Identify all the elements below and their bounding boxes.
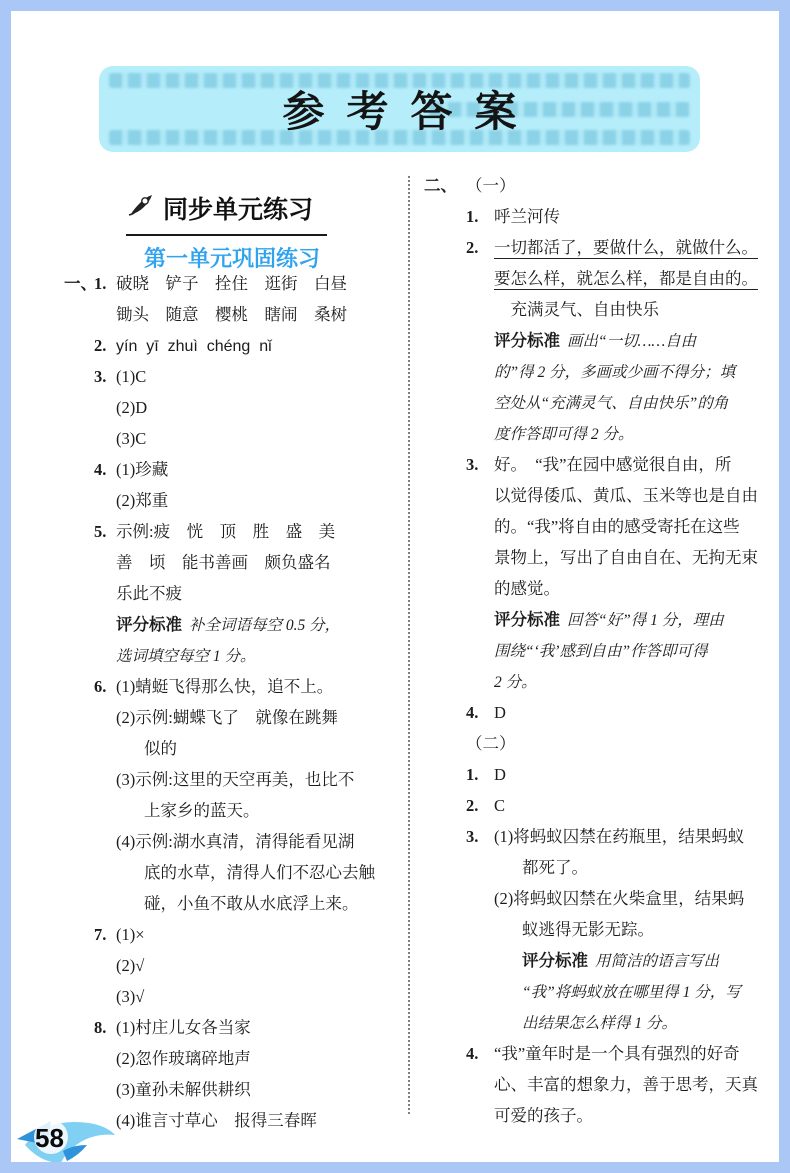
answer-line: 出结果怎么样得 1 分。 [424,1007,769,1038]
answer-line: 似的 [64,733,409,764]
answer-line: (3)C [64,423,409,454]
answers-column-left: 一、1. 破晓 铲子 拴住 逛街 白昼锄头 随意 樱桃 瞎闹 桑树2. yín … [64,268,409,1136]
score-label: 评分标准 [522,952,588,970]
answers-column-right: 二、（一）1. 呼兰河传2. 一切都活了，要做什么，就做什么。要怎么样，就怎么样… [424,170,769,1131]
answer-line: 一、1. 破晓 铲子 拴住 逛街 白昼 [64,268,409,299]
answer-text: （一） [466,176,516,195]
answer-number: 1. [466,201,494,232]
answer-text: 出结果怎么样得 1 分。 [522,1015,677,1032]
answer-number: 1. [466,759,494,790]
section-heading-label: 同步单元练习 [163,190,313,226]
answer-text: 心、丰富的想象力，善于思考，天真 [494,1075,758,1094]
answer-line: 碰，小鱼不敢从水底浮上来。 [64,888,409,919]
page-number-rocket-icon: 58 [11,1111,123,1169]
score-label: 评分标准 [116,616,182,634]
answer-text: D [494,765,506,784]
answer-text: D [494,703,506,722]
answer-line: 善 顷 能书善画 颇负盛名 [64,547,409,578]
header-banner: 参考答案 [99,66,700,152]
answer-number: 8. [94,1012,116,1043]
answer-number: 7. [94,919,116,950]
answer-text: C [494,796,505,815]
answer-text: 要怎么样，就怎么样，都是自由的。 [494,269,758,290]
answer-number: 2. [94,330,116,361]
answer-line: 充满灵气、自由快乐 [424,294,769,325]
answer-number: 3. [94,361,116,392]
answer-text: 好。 “我”在园中感觉很自由，所 [494,455,731,474]
answer-line: 5. 示例:疲 恍 顶 胜 盛 美 [64,516,409,547]
answer-text: 景物上，写出了自由自在、无拘无束 [494,548,758,567]
answer-line: (3)√ [64,981,409,1012]
answer-line: 2. yín yī zhuì chéng nǐ [64,330,409,361]
answer-text: 的感觉。 [494,579,560,598]
answer-number: 1. [94,268,116,299]
answer-line: 都死了。 [424,852,769,883]
answer-text: 善 顷 能书善画 颇负盛名 [116,553,331,572]
answer-line: 蚁逃得无影无踪。 [424,914,769,945]
page-number: 58 [35,1123,64,1154]
answer-line: (4)示例:湖水真清，清得能看见湖 [64,826,409,857]
answer-number: 3. [466,449,494,480]
answer-line: 锄头 随意 樱桃 瞎闹 桑树 [64,299,409,330]
score-label: 评分标准 [494,332,560,350]
answer-line: 8. (1)村庄儿女各当家 [64,1012,409,1043]
answer-text: 画出“一切……自由 [567,333,696,350]
answer-text: “我”将蚂蚁放在哪里得 1 分，写 [522,984,741,1001]
answer-number: 2. [466,232,494,263]
answer-text: 一切都活了，要做什么，就做什么。 [494,238,758,259]
answer-number: 4. [466,697,494,728]
score-label: 评分标准 [494,611,560,629]
answer-line: (2)√ [64,950,409,981]
answer-text: 的。“我”将自由的感受寄托在这些 [494,517,740,536]
answer-text: 选词填空每空 1 分。 [116,648,256,665]
answer-text: 碰，小鱼不敢从水底浮上来。 [144,894,359,913]
answer-line: (2)示例:蝴蝶飞了 就像在跳舞 [64,702,409,733]
answer-line: 的感觉。 [424,573,769,604]
answer-text: 用简洁的语言写出 [595,953,719,970]
answer-line: 评分标准画出“一切……自由 [424,325,769,356]
answer-text: 蚁逃得无影无踪。 [522,920,654,939]
answer-key-page: 参考答案 同步单元练习 第一单元巩固练习 一、1. 破晓 铲子 拴住 逛街 白昼… [0,0,790,1173]
answer-line: 度作答即可得 2 分。 [424,418,769,449]
answer-text: (4)示例:湖水真清，清得能看见湖 [116,832,354,851]
answer-text: (1)村庄儿女各当家 [116,1018,251,1037]
answer-line: (2)郑重 [64,485,409,516]
answer-text: (3)√ [116,987,144,1006]
answer-line: 底的水草，清得人们不忍心去触 [64,857,409,888]
answer-text: 都死了。 [522,858,588,877]
answer-line: 4. (1)珍藏 [64,454,409,485]
answer-text: 可爱的孩子。 [494,1106,593,1125]
answer-number: 6. [94,671,116,702]
answer-line: 评分标准回答“好”得 1 分，理由 [424,604,769,635]
answer-text: 示例:疲 恍 顶 胜 盛 美 [116,522,335,541]
answer-line: 围绕“‘我’感到自由”作答即可得 [424,635,769,666]
answer-text: (2)郑重 [116,491,168,510]
answer-text: 锄头 随意 樱桃 瞎闹 桑树 [116,305,347,324]
answer-line: (2)将蚂蚁囚禁在火柴盒里，结果蚂 [424,883,769,914]
answer-line: (2)D [64,392,409,423]
answer-text: (3)童孙未解供耕织 [116,1080,251,1099]
answer-line: 的”得 2 分，多画或少画不得分；填 [424,356,769,387]
answer-line: 1. 呼兰河传 [424,201,769,232]
answer-number: 4. [94,454,116,485]
answer-line: “我”将蚂蚁放在哪里得 1 分，写 [424,976,769,1007]
answer-text: (2)忽作玻璃碎地声 [116,1049,251,1068]
answer-number: 5. [94,516,116,547]
answer-text: yín yī zhuì chéng nǐ [116,338,272,355]
answer-line: 2 分。 [424,666,769,697]
answer-line: 以觉得倭瓜、黄瓜、玉米等也是自由 [424,480,769,511]
answer-text: (1)珍藏 [116,460,168,479]
answer-number: 二、 [424,170,466,201]
answer-text: 空处从“充满灵气、自由快乐”的角 [494,395,728,412]
answer-text: 2 分。 [494,674,537,691]
answer-line: 上家乡的蓝天。 [64,795,409,826]
rocket-icon [128,193,156,224]
answer-line: （二） [424,728,769,759]
answer-text: 回答“好”得 1 分，理由 [567,612,724,629]
answer-text: 破晓 铲子 拴住 逛街 白昼 [116,274,347,293]
answer-text: 充满灵气、自由快乐 [494,300,659,319]
answer-number: 3. [466,821,494,852]
answer-line: 要怎么样，就怎么样，都是自由的。 [424,263,769,294]
answer-line: (3)示例:这里的天空再美，也比不 [64,764,409,795]
answer-line: 心、丰富的想象力，善于思考，天真 [424,1069,769,1100]
answer-line: 3. (1)C [64,361,409,392]
answer-text: （二） [466,734,516,753]
answer-text: (2)√ [116,956,144,975]
answer-line: 1. D [424,759,769,790]
answer-text: (2)示例:蝴蝶飞了 就像在跳舞 [116,708,338,727]
answer-text: (4)谁言寸草心 报得三春晖 [116,1111,317,1130]
answer-line: 可爱的孩子。 [424,1100,769,1131]
answer-line: 选词填空每空 1 分。 [64,640,409,671]
answer-number: 2. [466,790,494,821]
answer-line: 评分标准补全词语每空 0.5 分， [64,609,409,640]
answer-line: (2)忽作玻璃碎地声 [64,1043,409,1074]
answer-line: 4. “我”童年时是一个具有强烈的好奇 [424,1038,769,1069]
answer-text: (1)蜻蜓飞得那么快，追不上。 [116,677,333,696]
answer-line: 的。“我”将自由的感受寄托在这些 [424,511,769,542]
answer-text: 底的水草，清得人们不忍心去触 [144,863,375,882]
answer-text: 的”得 2 分，多画或少画不得分；填 [494,364,735,381]
answer-text: (2)将蚂蚁囚禁在火柴盒里，结果蚂 [494,889,744,908]
answer-text: 似的 [144,739,177,758]
answer-line: 二、（一） [424,170,769,201]
answer-text: 呼兰河传 [494,207,560,226]
answer-line: 3. 好。 “我”在园中感觉很自由，所 [424,449,769,480]
answer-number: 一、 [64,268,94,299]
answer-line: 3. (1)将蚂蚁囚禁在药瓶里，结果蚂蚁 [424,821,769,852]
answer-line: 景物上，写出了自由自在、无拘无束 [424,542,769,573]
answer-text: 度作答即可得 2 分。 [494,426,634,443]
answer-line: 6. (1)蜻蜓飞得那么快，追不上。 [64,671,409,702]
answer-line: 乐此不疲 [64,578,409,609]
answer-text: (1)× [116,925,145,944]
answer-line: 7. (1)× [64,919,409,950]
answer-line: (3)童孙未解供耕织 [64,1074,409,1105]
answer-text: (1)C [116,367,146,386]
answer-text: 乐此不疲 [116,584,182,603]
answer-text: (3)C [116,429,146,448]
answer-line: 4. D [424,697,769,728]
answer-text: 围绕“‘我’感到自由”作答即可得 [494,643,708,660]
answer-text: 以觉得倭瓜、黄瓜、玉米等也是自由 [494,486,758,505]
answer-text: (2)D [116,398,147,417]
answer-number: 4. [466,1038,494,1069]
answer-text: (3)示例:这里的天空再美，也比不 [116,770,354,789]
answer-line: 空处从“充满灵气、自由快乐”的角 [424,387,769,418]
answer-text: (1)将蚂蚁囚禁在药瓶里，结果蚂蚁 [494,827,744,846]
answer-text: “我”童年时是一个具有强烈的好奇 [494,1044,740,1063]
section-heading: 同步单元练习 [126,190,327,236]
answer-line: 2. 一切都活了，要做什么，就做什么。 [424,232,769,263]
page-title: 参考答案 [282,79,538,139]
answer-line: 评分标准用简洁的语言写出 [424,945,769,976]
answer-line: 2. C [424,790,769,821]
answer-text: 补全词语每空 0.5 分， [189,617,340,634]
answer-text: 上家乡的蓝天。 [144,801,260,820]
